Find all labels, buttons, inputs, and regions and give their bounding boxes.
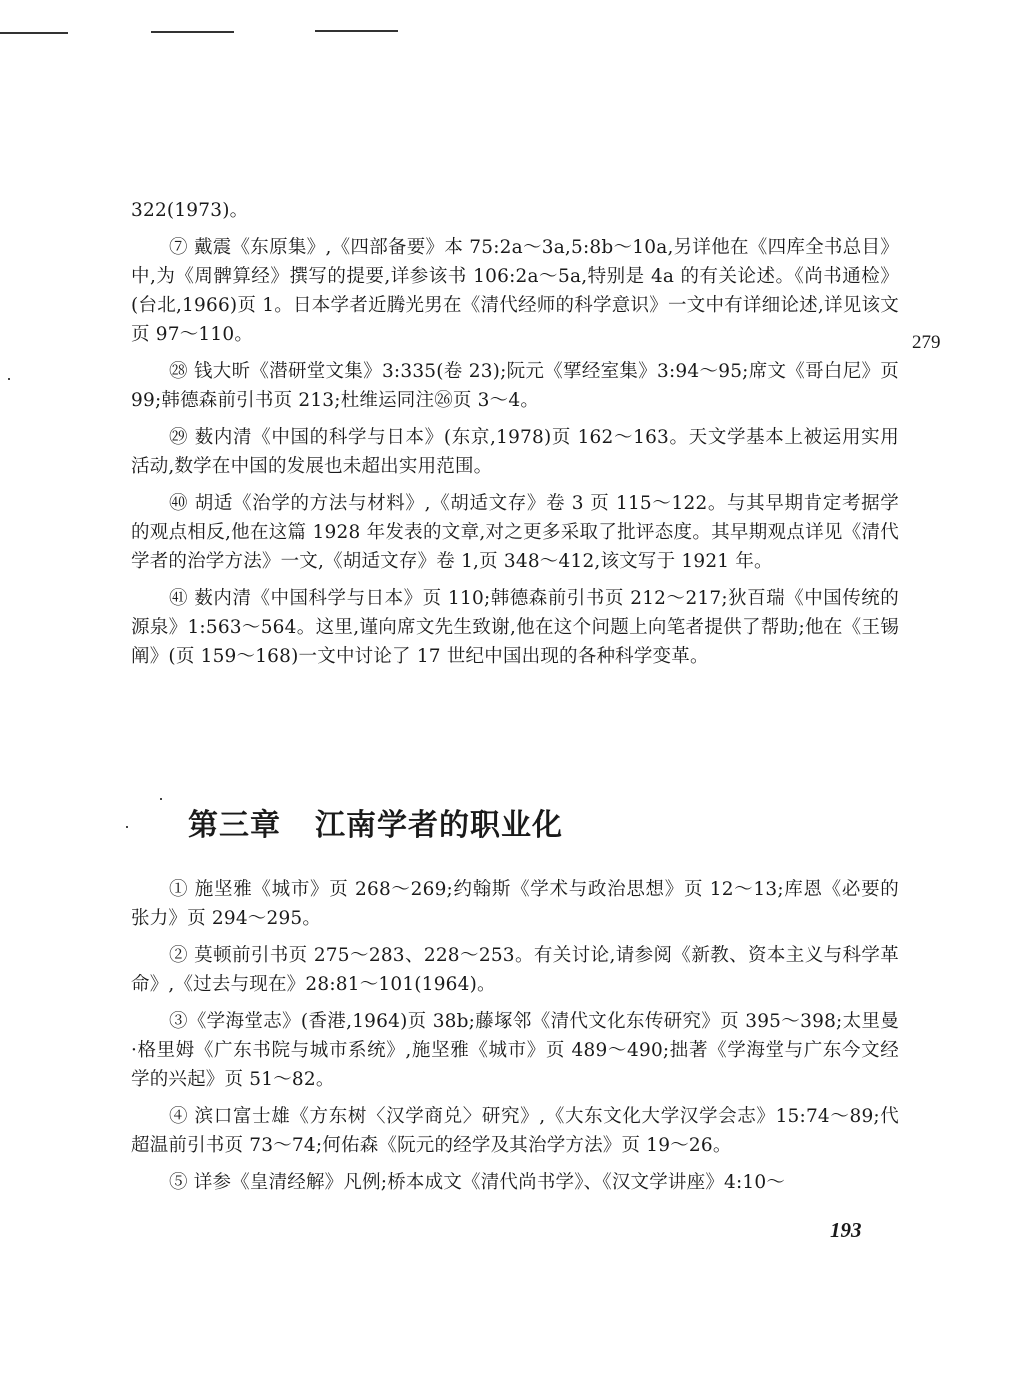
chapter-number: 第三章 bbox=[188, 808, 281, 843]
scan-speck bbox=[126, 826, 128, 828]
note-80: ㊵ 胡适《治学的方法与材料》,《胡适文存》卷 3 页 115～122。与其早期肯… bbox=[131, 489, 899, 576]
chapter-title: 江南学者的职业化 bbox=[315, 808, 563, 843]
scan-speck bbox=[160, 798, 162, 800]
notes-previous-chapter: 322(1973)。 ⑦ 戴震《东原集》,《四部备要》本 75:2a～3a,5:… bbox=[131, 196, 899, 679]
note-continuation: 322(1973)。 bbox=[131, 196, 899, 225]
header-rule bbox=[151, 31, 234, 33]
note-3: ③《学海堂志》(香港,1964)页 38b;藤塚邻《清代文化东传研究》页 395… bbox=[131, 1007, 899, 1094]
note-4: ④ 滨口富士雄《方东树〈汉学商兑〉研究》,《大东文化大学汉学会志》15:74～8… bbox=[131, 1102, 899, 1160]
scan-speck bbox=[8, 378, 10, 380]
note-1: ① 施坚雅《城市》页 268～269;约翰斯《学术与政治思想》页 12～13;库… bbox=[131, 875, 899, 933]
header-rule bbox=[315, 30, 398, 32]
header-rule bbox=[0, 32, 68, 34]
note-79: ㉙ 薮内清《中国的科学与日本》(东京,1978)页 162～163。天文学基本上… bbox=[131, 423, 899, 481]
notes-chapter-3: ① 施坚雅《城市》页 268～269;约翰斯《学术与政治思想》页 12～13;库… bbox=[131, 875, 899, 1205]
page-number: 193 bbox=[830, 1218, 862, 1243]
chapter-heading: 第三章江南学者的职业化 bbox=[188, 800, 563, 844]
note-81: ㊶ 薮内清《中国科学与日本》页 110;韩德森前引书页 212～217;狄百瑞《… bbox=[131, 584, 899, 671]
note-78: ㉘ 钱大昕《潜研堂文集》3:335(卷 23);阮元《揅经室集》3:94～95;… bbox=[131, 357, 899, 415]
note-5: ⑤ 详参《皇清经解》凡例;桥本成文《清代尚书学》、《汉文学讲座》4:10～ bbox=[131, 1168, 899, 1197]
note-2: ② 莫顿前引书页 275～283、228～253。有关讨论,请参阅《新教、资本主… bbox=[131, 941, 899, 999]
note-77: ⑦ 戴震《东原集》,《四部备要》本 75:2a～3a,5:8b～10a,另详他在… bbox=[131, 233, 899, 349]
margin-page-number: 279 bbox=[912, 332, 941, 354]
